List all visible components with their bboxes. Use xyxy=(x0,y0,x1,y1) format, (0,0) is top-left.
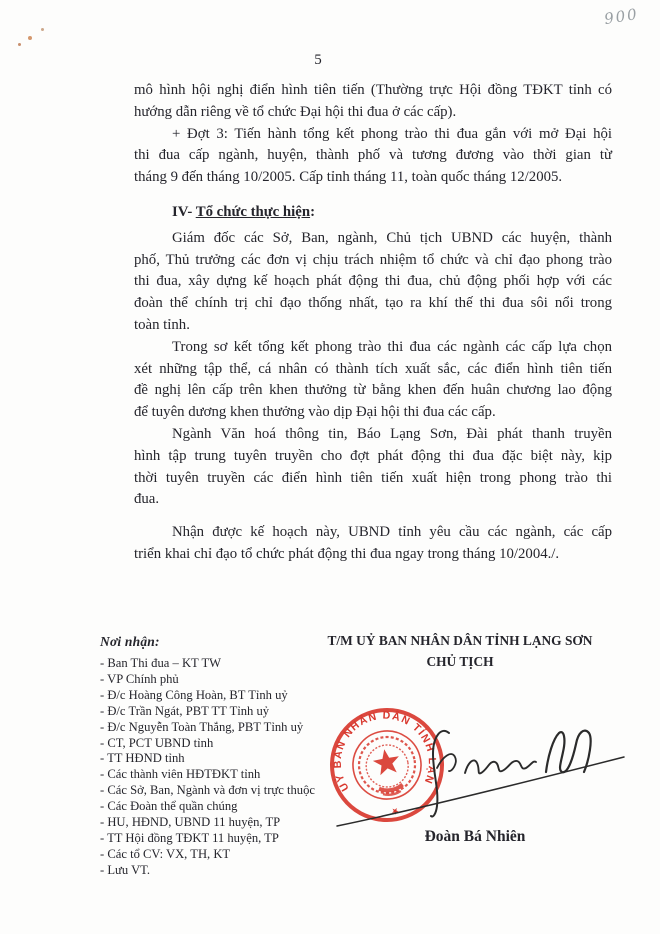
body-paragraph: Ngành Văn hoá thông tin, Báo Lạng Sơn, Đ… xyxy=(134,424,612,511)
body-line: hình tập trung tuyên truyền cho đợt phát… xyxy=(134,446,612,468)
document-page: 900 5 mô hình hội nghị điển hình tiên ti… xyxy=(0,0,660,934)
body-line: thi đua cấp ngành, huyện, thành phố và t… xyxy=(134,145,612,167)
body-line: Trong sơ kết tổng kết phong trào thi đua… xyxy=(134,337,612,359)
body-line: đề nghị lên cấp trên khen thưởng từ bằng… xyxy=(134,380,612,402)
body-line: triển khai chỉ đạo tổ chức phát động thi… xyxy=(134,544,612,566)
handwritten-signature xyxy=(328,710,630,832)
page-number: 5 xyxy=(303,52,333,69)
handwritten-corner-note: 900 xyxy=(603,2,659,28)
body-line: thời tuyên truyền các điển hình tiên tiế… xyxy=(134,468,612,490)
signer-title: CHỦ TỊCH xyxy=(302,651,618,672)
body-paragraph: Trong sơ kết tổng kết phong trào thi đua… xyxy=(134,337,612,424)
recipient-item: - Lưu VT. xyxy=(100,863,380,879)
recipient-item: - Các tổ CV: VX, TH, KT xyxy=(100,847,380,863)
body-line: Nhận được kế hoạch này, UBND tỉnh yêu cầ… xyxy=(134,522,612,544)
body-line: + Đợt 3: Tiến hành tổng kết phong trào t… xyxy=(134,124,612,146)
signature-block-header: T/M UỶ BAN NHÂN DÂN TỈNH LẠNG SƠN CHỦ TỊ… xyxy=(302,630,618,672)
section-heading-part: Tổ chức thực hiện xyxy=(196,204,310,220)
body-line: để tuyên dương khen thưởng vào dịp Đại h… xyxy=(134,402,612,424)
body-line: đua. xyxy=(134,489,612,511)
section-heading-part: : xyxy=(310,204,315,220)
body-paragraph: Giám đốc các Sở, Ban, ngành, Chủ tịch UB… xyxy=(134,228,612,337)
body-line: đoàn thể chính trị chỉ đạo thống nhất, t… xyxy=(134,293,612,315)
body-paragraph: Nhận được kế hoạch này, UBND tỉnh yêu cầ… xyxy=(134,522,612,566)
body-line: tháng 9 đến tháng 10/2005. Cấp tỉnh thán… xyxy=(134,167,612,189)
body-line: mô hình hội nghị điển hình tiên tiến (Th… xyxy=(134,80,612,102)
section-heading: IV- Tổ chức thực hiện: xyxy=(134,202,612,224)
section-heading-part: IV- xyxy=(172,204,196,220)
recipient-item: - Đ/c Hoàng Công Hoàn, BT Tỉnh uỷ xyxy=(100,688,380,704)
signer-name: Đoàn Bá Nhiên xyxy=(330,828,620,846)
paper-speck xyxy=(28,36,32,40)
body-line: Giám đốc các Sở, Ban, ngành, Chủ tịch UB… xyxy=(134,228,612,250)
body-line: toàn tỉnh. xyxy=(134,315,612,337)
body-line: thi đua, xây dựng kế hoạch phát động thi… xyxy=(134,271,612,293)
signing-authority: T/M UỶ BAN NHÂN DÂN TỈNH LẠNG SƠN xyxy=(302,630,618,651)
body-line: xét những tập thể, cá nhân có thành tích… xyxy=(134,359,612,381)
paper-speck xyxy=(18,43,21,46)
body-line: phố, Thủ trưởng các đơn vị chịu trách nh… xyxy=(134,250,612,272)
body-paragraph: + Đợt 3: Tiến hành tổng kết phong trào t… xyxy=(134,124,612,189)
body-line: hướng dẫn riêng về tổ chức Đại hội thi đ… xyxy=(134,102,612,124)
body-paragraph: mô hình hội nghị điển hình tiên tiến (Th… xyxy=(134,80,612,124)
body-line: Ngành Văn hoá thông tin, Báo Lạng Sơn, Đ… xyxy=(134,424,612,446)
recipient-item: - VP Chính phủ xyxy=(100,672,380,688)
document-body: mô hình hội nghị điển hình tiên tiến (Th… xyxy=(134,80,612,566)
paper-speck xyxy=(41,28,44,31)
